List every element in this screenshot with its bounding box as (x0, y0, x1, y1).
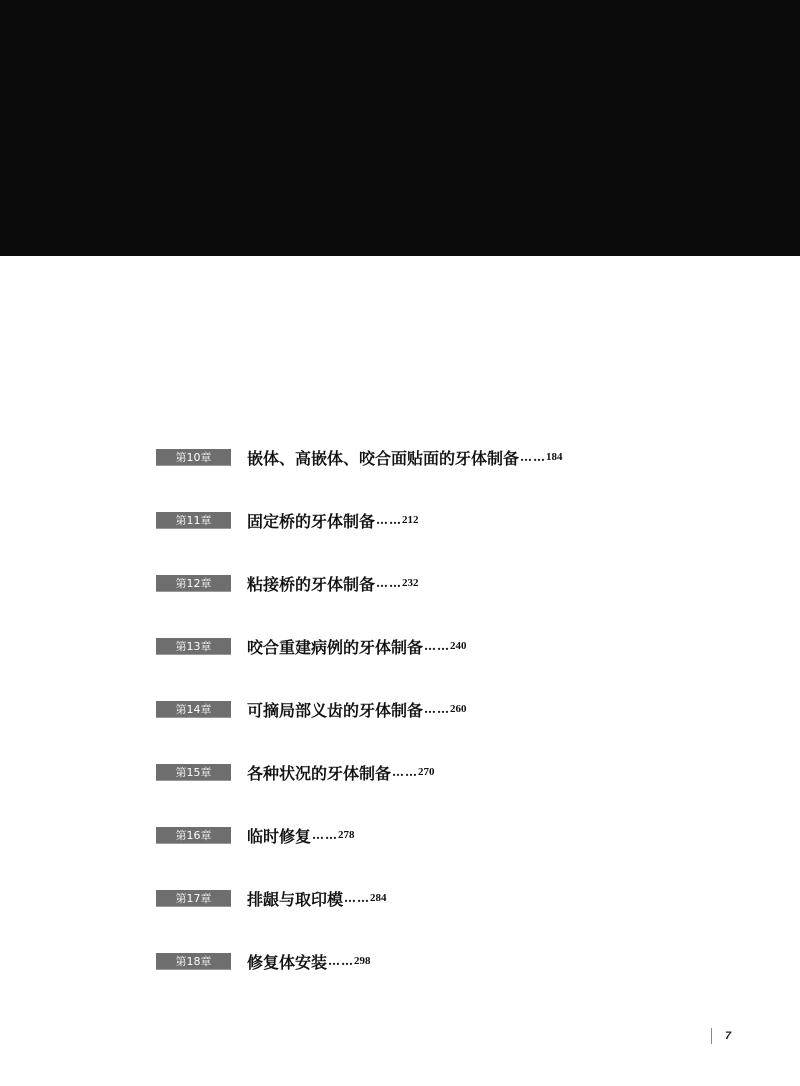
page-number: 270 (418, 766, 435, 778)
chapter-title: 各种状况的牙体制备 (247, 761, 391, 784)
chapter-badge: 第13章 (156, 638, 231, 655)
chapter-badge: 第17章 (156, 890, 231, 907)
toc-entry-chapter-17[interactable]: 第17章 排龈与取印模 …… 284 (156, 889, 387, 907)
leader-dots: …… (328, 954, 354, 968)
chapter-title: 临时修复 (247, 824, 311, 847)
chapter-badge: 第14章 (156, 701, 231, 718)
toc-entry-chapter-12[interactable]: 第12章 粘接桥的牙体制备 …… 232 (156, 574, 419, 592)
chapter-badge: 第16章 (156, 827, 231, 844)
page-number: 240 (450, 640, 467, 652)
leader-dots: …… (520, 450, 546, 464)
leader-dots: …… (424, 702, 450, 716)
toc-entry-chapter-10[interactable]: 第10章 嵌体、高嵌体、咬合面贴面的牙体制备 …… 184 (156, 448, 563, 466)
page-footer: 7 (711, 1028, 731, 1044)
leader-dots: …… (424, 639, 450, 653)
chapter-badge: 第12章 (156, 575, 231, 592)
leader-dots: …… (376, 513, 402, 527)
chapter-title: 可摘局部义齿的牙体制备 (247, 698, 423, 721)
chapter-badge: 第18章 (156, 953, 231, 970)
chapter-title: 修复体安装 (247, 950, 327, 973)
chapter-title: 咬合重建病例的牙体制备 (247, 635, 423, 658)
chapter-title: 粘接桥的牙体制备 (247, 572, 375, 595)
toc-entry-chapter-18[interactable]: 第18章 修复体安装 …… 298 (156, 952, 371, 970)
page-number: 298 (354, 955, 371, 967)
leader-dots: …… (392, 765, 418, 779)
leader-dots: …… (376, 576, 402, 590)
page-number: 278 (338, 829, 355, 841)
folio-page-number: 7 (725, 1030, 731, 1042)
toc-entry-chapter-13[interactable]: 第13章 咬合重建病例的牙体制备 …… 240 (156, 637, 467, 655)
page-number: 260 (450, 703, 467, 715)
toc-entry-chapter-15[interactable]: 第15章 各种状况的牙体制备 …… 270 (156, 763, 435, 781)
leader-dots: …… (344, 891, 370, 905)
page-number: 184 (546, 451, 563, 463)
toc-entry-chapter-16[interactable]: 第16章 临时修复 …… 278 (156, 826, 355, 844)
chapter-title: 固定桥的牙体制备 (247, 509, 375, 532)
chapter-title: 嵌体、高嵌体、咬合面贴面的牙体制备 (247, 446, 519, 469)
chapter-badge: 第15章 (156, 764, 231, 781)
page-number: 232 (402, 577, 419, 589)
page-number: 284 (370, 892, 387, 904)
chapter-badge: 第10章 (156, 449, 231, 466)
chapter-title: 排龈与取印模 (247, 887, 343, 910)
toc-entry-chapter-14[interactable]: 第14章 可摘局部义齿的牙体制备 …… 260 (156, 700, 467, 718)
header-black-band (0, 0, 800, 256)
folio-divider (711, 1028, 712, 1044)
toc-entry-chapter-11[interactable]: 第11章 固定桥的牙体制备 …… 212 (156, 511, 419, 529)
chapter-badge: 第11章 (156, 512, 231, 529)
page-number: 212 (402, 514, 419, 526)
leader-dots: …… (312, 828, 338, 842)
